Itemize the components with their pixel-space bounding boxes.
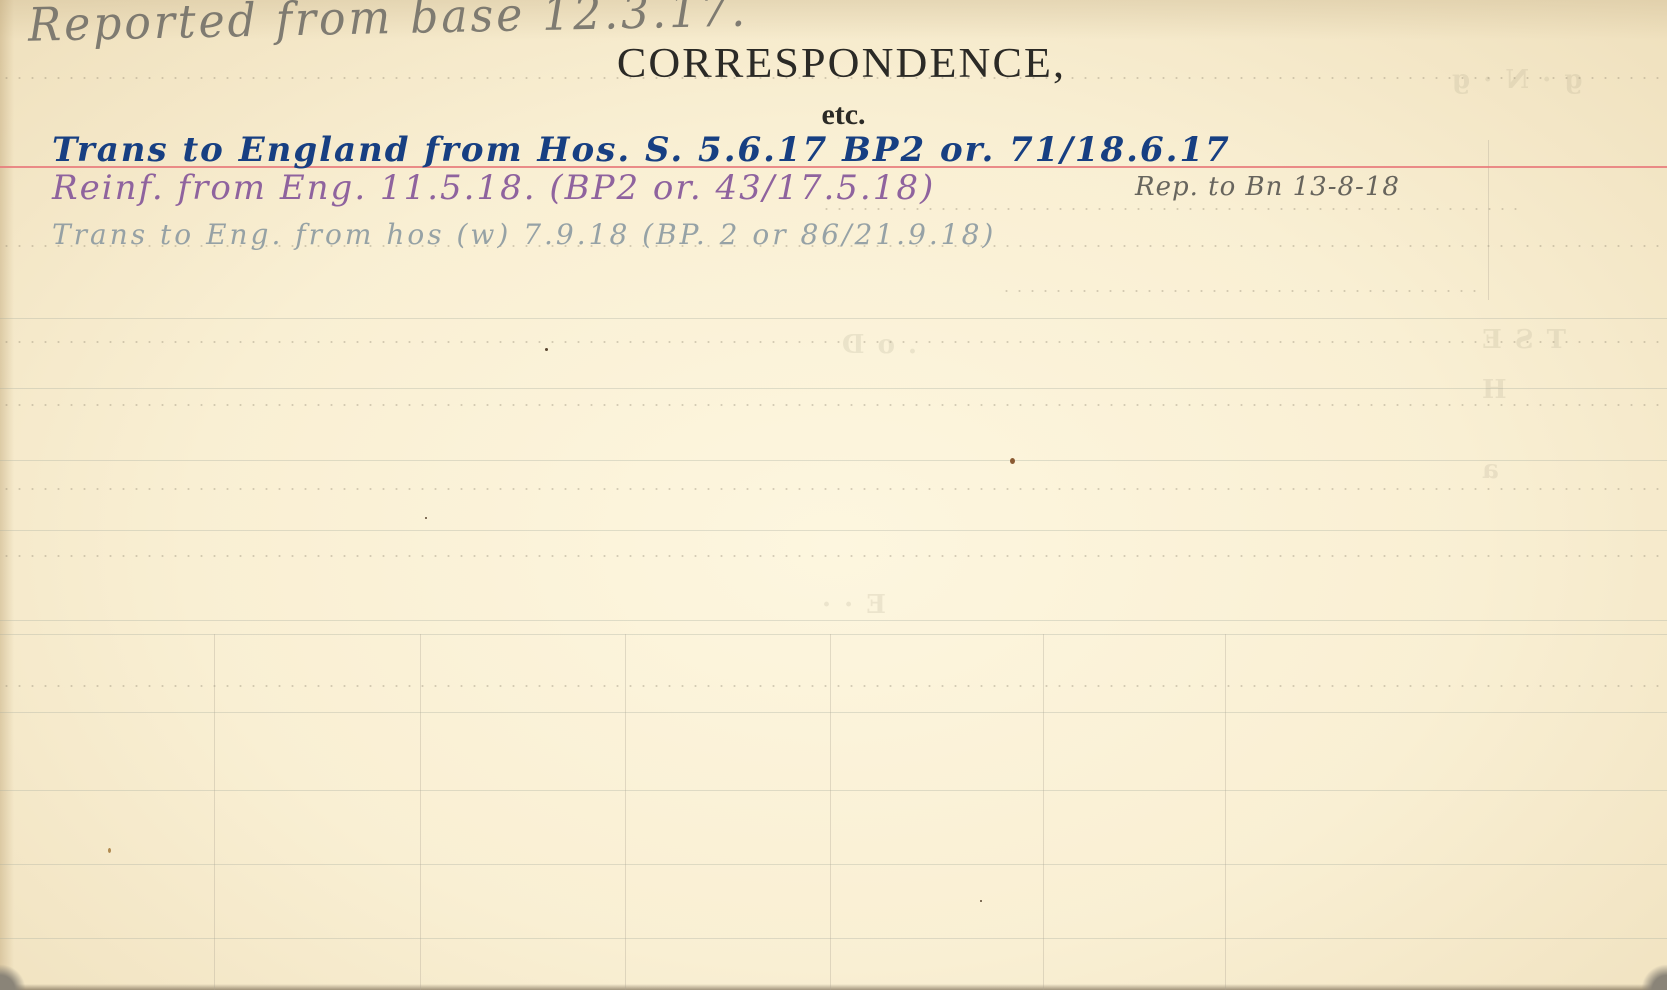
show-through-rule bbox=[0, 634, 1667, 635]
card-left-shading bbox=[0, 0, 14, 990]
show-through-dotted-rule bbox=[0, 488, 1667, 490]
paper-speck bbox=[980, 900, 982, 902]
entry-transferred-to-england-wounded-1918: Trans to Eng. from hos (w) 7.9.18 (BP. 2… bbox=[52, 218, 996, 251]
paper-speck bbox=[425, 517, 427, 519]
paper-speck bbox=[108, 848, 111, 853]
show-through-rule bbox=[0, 460, 1667, 461]
entry-transferred-to-england-1917: Trans to England from Hos. S. 5.6.17 BP2… bbox=[52, 130, 1231, 170]
show-through-dotted-rule bbox=[0, 555, 1667, 557]
show-through-rule bbox=[0, 790, 1667, 791]
show-through-print: E · · bbox=[820, 590, 886, 620]
show-through-column-rule bbox=[1225, 634, 1226, 990]
show-through-print: H bbox=[1480, 375, 1507, 405]
corner-wear-bottom-right bbox=[1641, 964, 1667, 990]
show-through-column-rule bbox=[830, 634, 831, 990]
show-through-print: a bbox=[1480, 455, 1499, 485]
show-through-rule bbox=[0, 388, 1667, 389]
card-bottom-edge bbox=[0, 984, 1667, 990]
show-through-rule bbox=[0, 530, 1667, 531]
show-through-column-rule bbox=[1488, 140, 1489, 300]
show-through-dotted-rule bbox=[0, 685, 1667, 687]
show-through-dotted-rule bbox=[0, 341, 1667, 343]
corner-wear-bottom-left bbox=[0, 964, 26, 990]
show-through-rule bbox=[0, 620, 1667, 621]
show-through-dotted-rule bbox=[820, 208, 1520, 210]
show-through-rule bbox=[0, 712, 1667, 713]
show-through-print: . o D bbox=[840, 330, 917, 360]
heading-etc: etc. bbox=[10, 98, 1667, 132]
show-through-column-rule bbox=[420, 634, 421, 990]
entry-reported-to-battalion: Rep. to Bn 13-8-18 bbox=[1135, 172, 1400, 202]
paper-speck bbox=[545, 348, 548, 351]
show-through-column-rule bbox=[1043, 634, 1044, 990]
show-through-rule bbox=[0, 938, 1667, 939]
entry-reinforcement-from-england-1918: Reinf. from Eng. 11.5.18. (BP2 or. 43/17… bbox=[52, 168, 935, 208]
paper-speck bbox=[1010, 458, 1015, 464]
show-through-rule bbox=[0, 864, 1667, 865]
show-through-print: T S E bbox=[1480, 325, 1566, 355]
show-through-column-rule bbox=[625, 634, 626, 990]
show-through-rule bbox=[0, 318, 1667, 319]
record-card: g · N · g T S E H a . o D E · · CORRESPO… bbox=[0, 0, 1667, 990]
show-through-dotted-rule bbox=[1000, 290, 1480, 292]
show-through-column-rule bbox=[214, 634, 215, 990]
show-through-dotted-rule bbox=[0, 404, 1667, 406]
